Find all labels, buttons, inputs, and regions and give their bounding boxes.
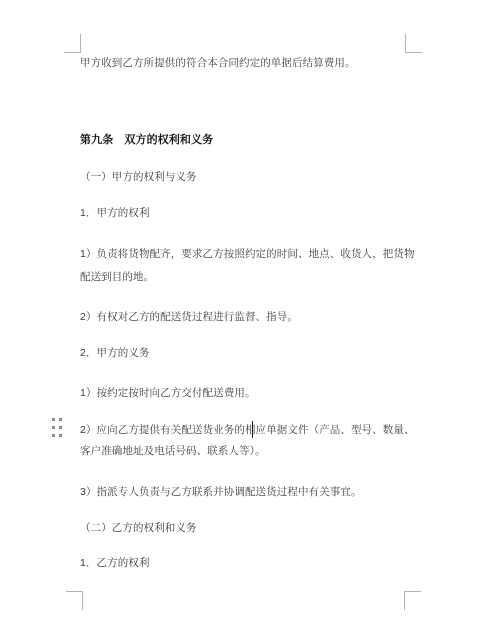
drag-dot <box>52 426 55 429</box>
text-line[interactable]: （一）甲方的权利与义务 <box>80 170 197 185</box>
drag-dot <box>52 434 55 437</box>
text-line[interactable]: 1）按约定按时向乙方交付配送费用。 <box>80 386 256 401</box>
text-line[interactable]: 2）应向乙方提供有关配送货业务的相应单据文件（产品、型号、数量、 <box>80 423 415 438</box>
drag-dot <box>52 418 55 421</box>
text-line[interactable]: 2．甲方的义务 <box>80 346 150 361</box>
text-line[interactable]: 1）负责将货物配齐，要求乙方按照约定的时间、地点、收货人，把货物 <box>80 247 415 262</box>
text-boundary-mark-top-right <box>405 34 422 53</box>
text-line[interactable]: 1．甲方的权利 <box>80 206 150 221</box>
text-boundary-mark-bottom-left <box>66 591 83 610</box>
text-boundary-mark-top-left <box>64 34 81 53</box>
text-line[interactable]: 2）有权对乙方的配送货过程进行监督、指导。 <box>80 310 298 325</box>
text-line[interactable]: （二）乙方的权利和义务 <box>80 521 197 536</box>
drag-dot <box>59 434 62 437</box>
drag-dot <box>59 418 62 421</box>
text-cursor-caret <box>252 421 253 438</box>
paragraph-drag-handle[interactable] <box>52 418 62 437</box>
drag-dot <box>59 426 62 429</box>
text-boundary-mark-bottom-right <box>404 591 421 610</box>
text-line[interactable]: 甲方收到乙方所提供的符合本合同约定的单据后结算费用。 <box>80 56 356 71</box>
text-line[interactable]: 1．乙方的权利 <box>80 556 150 571</box>
document-page[interactable]: 甲方收到乙方所提供的符合本合同约定的单据后结算费用。第九条 双方的权利和义务（一… <box>0 0 482 643</box>
text-line[interactable]: 客户准确地址及电话号码、联系人等）。 <box>80 444 266 459</box>
heading-line[interactable]: 第九条 双方的权利和义务 <box>80 133 213 148</box>
text-line[interactable]: 3）指派专人负责与乙方联系并协调配送货过程中有关事宜。 <box>80 485 362 500</box>
text-line[interactable]: 配送到目的地。 <box>80 270 154 285</box>
